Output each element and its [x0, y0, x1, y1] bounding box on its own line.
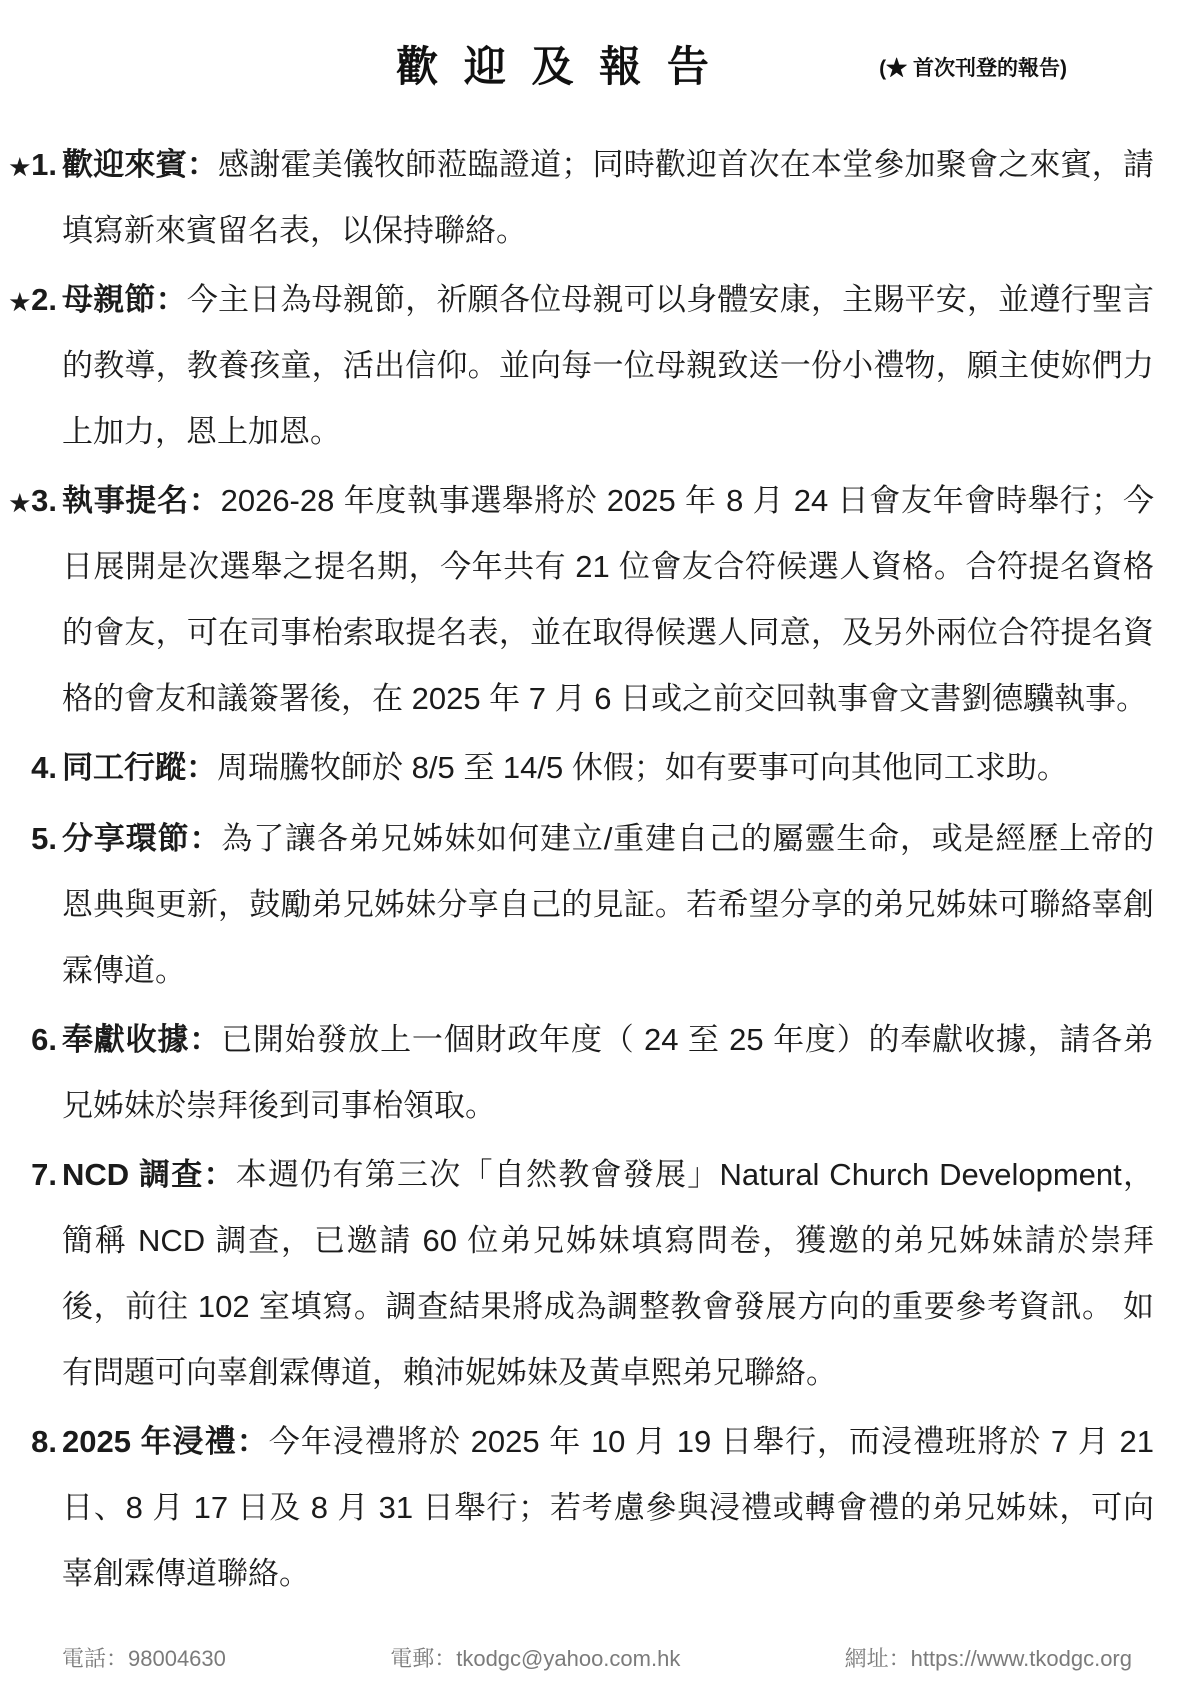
item-text: 母親節：今主日為母親節，祈願各位母親可以身體安康，主賜平安，並遵行聖言的教導，教…	[62, 267, 1154, 465]
item-body: 周瑞騰牧師於 8/5 至 14/5 休假；如有要事可向其他同工求助。	[217, 750, 1068, 785]
contact-footer: 電話：98004630 電郵：tkodgc@yahoo.com.hk 網址：ht…	[62, 1642, 1132, 1673]
first-published-legend: (★ 首次刊登的報告)	[879, 52, 1067, 82]
footer-website: 網址：https://www.tkodgc.org	[845, 1642, 1132, 1673]
announcement-item-6: 6. 奉獻收據：已開始發放上一個財政年度（ 24 至 25 年度）的奉獻收據，請…	[0, 1007, 1154, 1139]
announcement-item-4: 4. 同工行蹤：周瑞騰牧師於 8/5 至 14/5 休假；如有要事可向其他同工求…	[0, 735, 1154, 803]
item-marker: 5.	[0, 806, 62, 1004]
item-label: 奉獻收據：	[62, 1022, 221, 1057]
item-label: NCD 調查：	[62, 1157, 236, 1192]
item-text: 分享環節：為了讓各弟兄姊妹如何建立/重建自己的屬靈生命，或是經歷上帝的恩典與更新…	[62, 806, 1154, 1004]
item-text: 2025 年浸禮：今年浸禮將於 2025 年 10 月 19 日舉行，而浸禮班將…	[62, 1409, 1154, 1607]
announcement-item-2: ★2. 母親節：今主日為母親節，祈願各位母親可以身體安康，主賜平安，並遵行聖言的…	[0, 267, 1154, 465]
announcement-list: ★1. 歡迎來賓：感謝霍美儀牧師蒞臨證道；同時歡迎首次在本堂參加聚會之來賓，請填…	[0, 128, 1200, 1607]
item-number: 1.	[31, 147, 57, 182]
footer-phone: 電話：98004630	[62, 1642, 226, 1673]
footer-email: 電郵：tkodgc@yahoo.com.hk	[390, 1642, 680, 1673]
announcement-item-1: ★1. 歡迎來賓：感謝霍美儀牧師蒞臨證道；同時歡迎首次在本堂參加聚會之來賓，請填…	[0, 132, 1154, 264]
item-label: 分享環節：	[62, 821, 221, 856]
item-number: 5.	[31, 821, 57, 856]
item-marker: 8.	[0, 1409, 62, 1607]
item-label: 母親節：	[62, 282, 187, 317]
item-number: 6.	[31, 1022, 57, 1057]
item-text: 奉獻收據：已開始發放上一個財政年度（ 24 至 25 年度）的奉獻收據，請各弟兄…	[62, 1007, 1154, 1139]
star-icon: ★	[10, 154, 31, 180]
item-label: 執事提名：	[62, 483, 221, 518]
item-text: NCD 調查：本週仍有第三次「自然教會發展」Natural Church Dev…	[62, 1142, 1154, 1406]
item-number: 7.	[31, 1157, 57, 1192]
item-label: 歡迎來賓：	[62, 147, 218, 182]
item-marker: ★3.	[0, 468, 62, 732]
item-text: 歡迎來賓：感謝霍美儀牧師蒞臨證道；同時歡迎首次在本堂參加聚會之來賓，請填寫新來賓…	[62, 132, 1154, 264]
bulletin-page: 歡 迎 及 報 告 (★ 首次刊登的報告) ★1. 歡迎來賓：感謝霍美儀牧師蒞臨…	[0, 0, 1200, 1697]
item-body: 已開始發放上一個財政年度（ 24 至 25 年度）的奉獻收據，請各弟兄姊妹於崇拜…	[62, 1022, 1154, 1123]
star-icon: ★	[10, 289, 31, 315]
item-marker: 6.	[0, 1007, 62, 1139]
item-body: 感謝霍美儀牧師蒞臨證道；同時歡迎首次在本堂參加聚會之來賓，請填寫新來賓留名表，以…	[62, 147, 1154, 248]
item-number: 4.	[31, 750, 57, 785]
item-body: 今主日為母親節，祈願各位母親可以身體安康，主賜平安，並遵行聖言的教導，教養孩童，…	[62, 282, 1154, 449]
announcement-item-5: 5. 分享環節：為了讓各弟兄姊妹如何建立/重建自己的屬靈生命，或是經歷上帝的恩典…	[0, 806, 1154, 1004]
item-label: 同工行蹤：	[62, 750, 217, 785]
item-number: 3.	[31, 483, 57, 518]
item-marker: 4.	[0, 735, 62, 803]
announcement-item-3: ★3. 執事提名：2026-28 年度執事選舉將於 2025 年 8 月 24 …	[0, 468, 1154, 732]
item-marker: ★1.	[0, 132, 62, 264]
item-text: 執事提名：2026-28 年度執事選舉將於 2025 年 8 月 24 日會友年…	[62, 468, 1154, 732]
star-icon: ★	[10, 490, 31, 516]
item-number: 8.	[31, 1424, 57, 1459]
item-text: 同工行蹤：周瑞騰牧師於 8/5 至 14/5 休假；如有要事可向其他同工求助。	[62, 735, 1154, 803]
item-body: 為了讓各弟兄姊妹如何建立/重建自己的屬靈生命，或是經歷上帝的恩典與更新，鼓勵弟兄…	[62, 821, 1154, 988]
item-marker: 7.	[0, 1142, 62, 1406]
announcement-item-7: 7. NCD 調查：本週仍有第三次「自然教會發展」Natural Church …	[0, 1142, 1154, 1406]
announcement-item-8: 8. 2025 年浸禮：今年浸禮將於 2025 年 10 月 19 日舉行，而浸…	[0, 1409, 1154, 1607]
item-marker: ★2.	[0, 267, 62, 465]
item-number: 2.	[31, 282, 57, 317]
item-label: 2025 年浸禮：	[62, 1424, 269, 1459]
item-body: 2026-28 年度執事選舉將於 2025 年 8 月 24 日會友年會時舉行；…	[62, 483, 1154, 716]
page-header: 歡 迎 及 報 告 (★ 首次刊登的報告)	[0, 0, 1200, 128]
